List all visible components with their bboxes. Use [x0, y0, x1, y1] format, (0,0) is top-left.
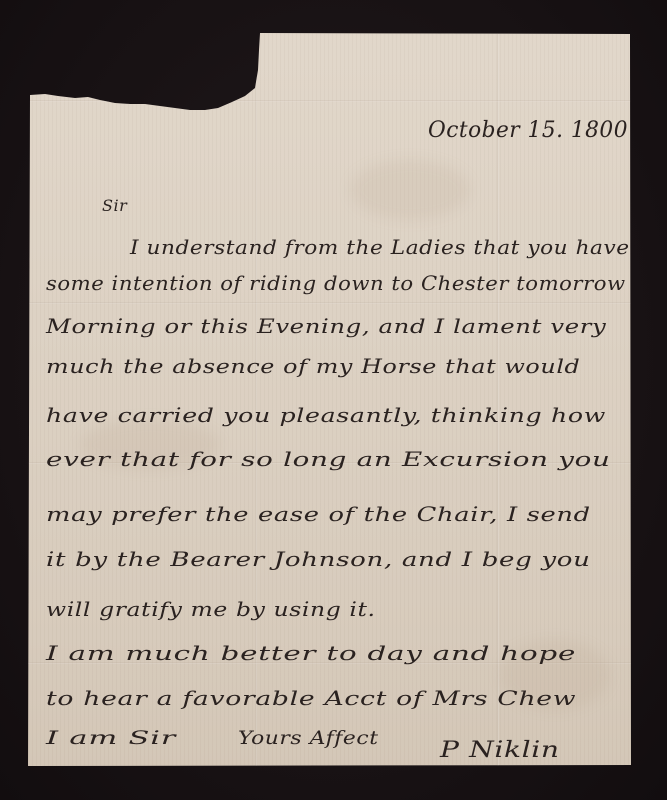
body-line: Morning or this Evening, and I lament ve…	[46, 315, 606, 338]
body-line: much the absence of my Horse that would	[46, 355, 580, 378]
fold-crease-horizontal	[28, 100, 631, 102]
body-line: may prefer the ease of the Chair, I send	[46, 503, 591, 526]
body-line: have carried you pleasantly, thinking ho…	[46, 404, 606, 427]
document-viewer: October 15. 1800 Sir I understand from t…	[0, 0, 667, 800]
paper-stain	[350, 160, 470, 220]
letter-salutation: Sir	[102, 196, 127, 215]
body-line: to hear a favorable Acct of Mrs Chew	[46, 687, 576, 710]
signature: P Niklin	[440, 738, 560, 763]
body-line: I understand from the Ladies that you ha…	[130, 236, 630, 259]
closing-valediction: Yours Affect	[238, 727, 379, 749]
body-line: ever that for so long an Excursion you	[46, 448, 611, 471]
closing-phrase: I am Sir	[46, 727, 176, 749]
body-line: will gratify me by using it.	[46, 598, 376, 621]
letter-date: October 15. 1800	[428, 118, 628, 143]
body-line: some intention of riding down to Chester…	[46, 272, 626, 295]
body-line: it by the Bearer Johnson, and I beg you	[46, 548, 591, 571]
fold-crease-horizontal	[28, 302, 631, 304]
body-line: I am much better to day and hope	[46, 642, 576, 665]
